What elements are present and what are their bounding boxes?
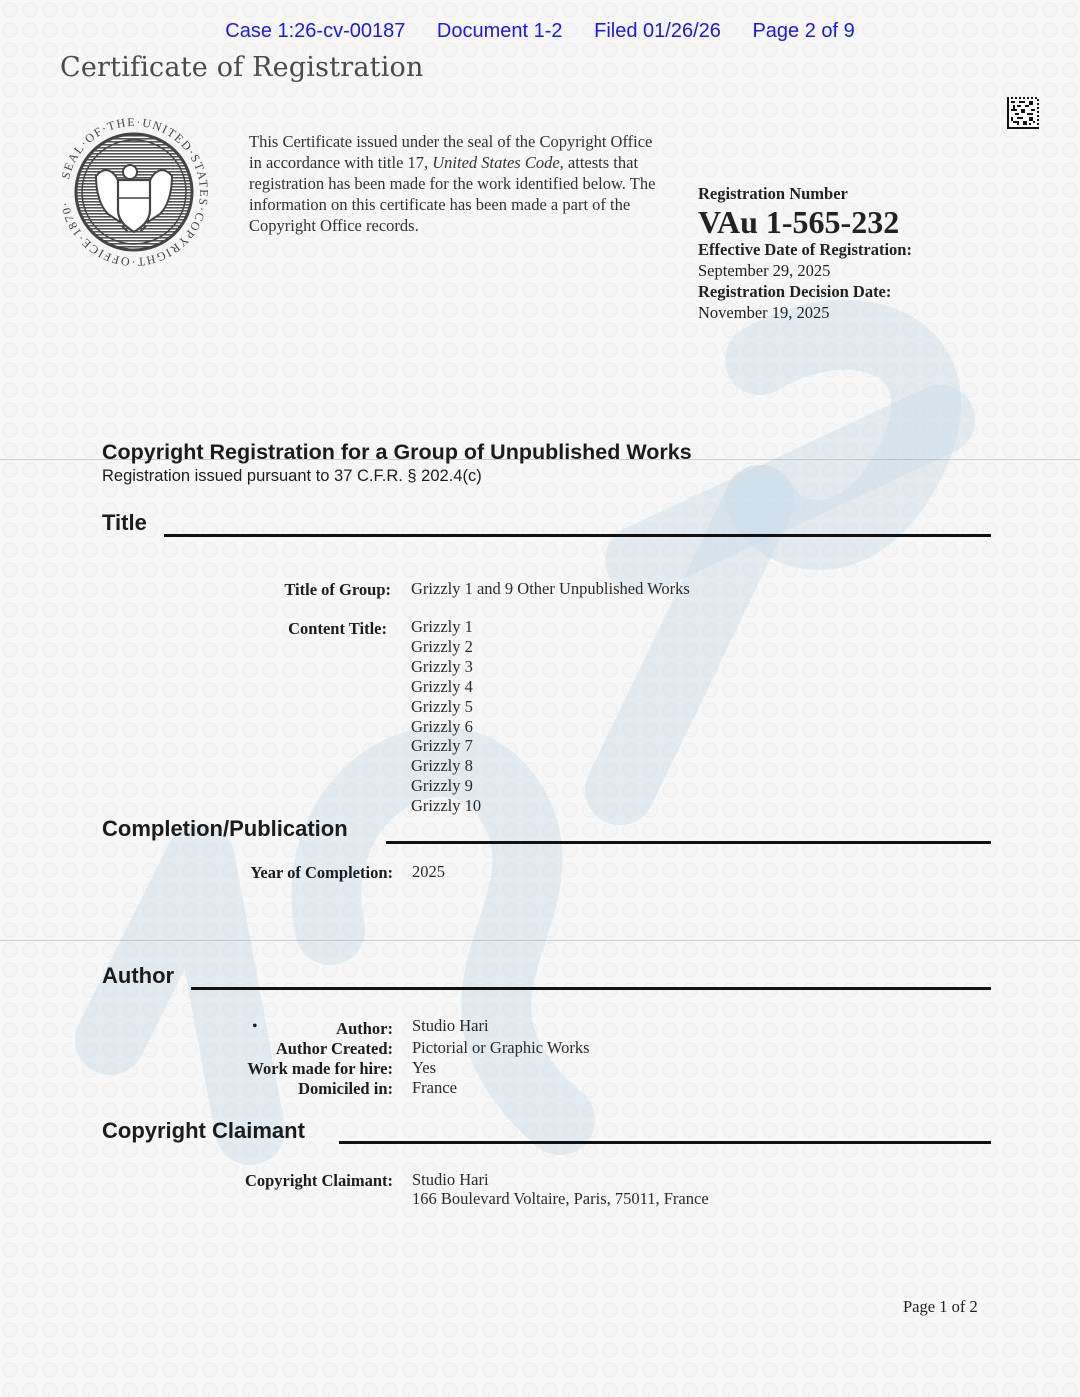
copyright-claimant-address: 166 Boulevard Voltaire, Paris, 75011, Fr…	[412, 1189, 709, 1209]
domiciled-in-label: Domiciled in:	[193, 1079, 393, 1099]
work-for-hire-value: Yes	[412, 1058, 436, 1078]
section-claimant-heading: Copyright Claimant	[102, 1118, 305, 1144]
certificate-intro-text: This Certificate issued under the seal o…	[249, 131, 669, 236]
document-number: Document 1-2	[437, 20, 563, 42]
section-author-heading: Author	[102, 963, 174, 989]
copyright-claimant-label: Copyright Claimant:	[193, 1171, 393, 1191]
certificate-page-number: Page 1 of 2	[903, 1297, 978, 1317]
certificate-title: Certificate of Registration	[60, 52, 424, 83]
content-title-item: Grizzly 4	[411, 677, 481, 697]
author-value: Studio Hari	[412, 1016, 489, 1036]
case-number: Case 1:26-cv-00187	[225, 20, 405, 42]
content-title-item: Grizzly 7	[411, 736, 481, 756]
decision-date-label: Registration Decision Date:	[698, 281, 912, 302]
section-rule	[164, 534, 991, 537]
document-subheading: Registration issued pursuant to 37 C.F.R…	[102, 467, 482, 486]
filing-page-number: Page 2 of 9	[752, 20, 854, 42]
content-title-list: Grizzly 1Grizzly 2Grizzly 3Grizzly 4Griz…	[411, 617, 481, 816]
content-title-label: Content Title:	[187, 619, 387, 639]
decision-date: November 19, 2025	[698, 302, 912, 323]
registration-info: Registration Number VAu 1-565-232 Effect…	[698, 183, 912, 323]
filed-date: Filed 01/26/26	[594, 20, 721, 42]
content-title-item: Grizzly 8	[411, 756, 481, 776]
section-rule	[386, 841, 991, 844]
title-of-group-value: Grizzly 1 and 9 Other Unpublished Works	[411, 579, 690, 599]
content-title-item: Grizzly 3	[411, 657, 481, 677]
work-for-hire-label: Work made for hire:	[193, 1059, 393, 1079]
datamatrix-code-icon	[1007, 97, 1039, 129]
fold-line	[0, 940, 1080, 941]
copyright-claimant-name: Studio Hari	[412, 1170, 489, 1190]
court-filing-header: Case 1:26-cv-00187 Document 1-2 Filed 01…	[0, 20, 1080, 43]
author-created-label: Author Created:	[193, 1039, 393, 1059]
content-title-item: Grizzly 9	[411, 776, 481, 796]
copyright-office-seal-icon: SEAL·OF·THE·UNITED·STATES·COPYRIGHT·OFFI…	[56, 114, 212, 270]
registration-number-label: Registration Number	[698, 183, 912, 204]
effective-date: September 29, 2025	[698, 260, 912, 281]
section-title-heading: Title	[102, 510, 147, 536]
content-title-item: Grizzly 5	[411, 697, 481, 717]
section-completion-heading: Completion/Publication	[102, 816, 348, 842]
author-label: Author:	[193, 1019, 393, 1039]
title-of-group-label: Title of Group:	[191, 580, 391, 600]
content-title-item: Grizzly 6	[411, 717, 481, 737]
registration-number: VAu 1-565-232	[698, 205, 912, 239]
effective-date-label: Effective Date of Registration:	[698, 239, 912, 260]
section-rule	[339, 1141, 991, 1144]
year-of-completion-label: Year of Completion:	[193, 863, 393, 883]
content-title-item: Grizzly 10	[411, 796, 481, 816]
document-heading: Copyright Registration for a Group of Un…	[102, 440, 692, 465]
intro-text-italic: United States Code	[432, 153, 559, 172]
content-title-item: Grizzly 2	[411, 637, 481, 657]
year-of-completion-value: 2025	[412, 862, 445, 882]
author-created-value: Pictorial or Graphic Works	[412, 1038, 590, 1058]
domiciled-in-value: France	[412, 1078, 457, 1098]
content-title-item: Grizzly 1	[411, 617, 481, 637]
section-rule	[191, 987, 991, 990]
